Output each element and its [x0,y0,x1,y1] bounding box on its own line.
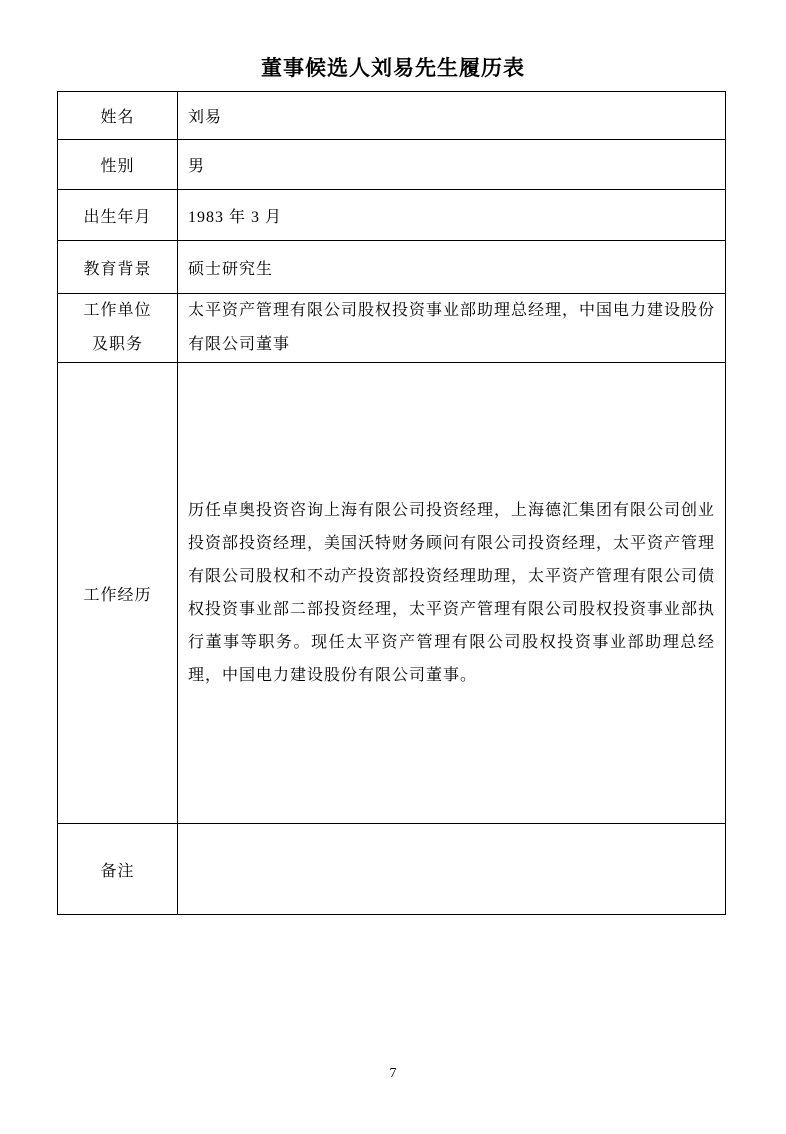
position-value: 太平资产管理有限公司股权投资事业部助理总经理，中国电力建设股份有限公司董事 [178,294,725,362]
experience-value-text: 历任卓奥投资咨询上海有限公司投资经理，上海德汇集团有限公司创业投资部投资经理，美… [188,494,715,692]
birthdate-value: 1983 年 3 月 [178,190,725,240]
education-value: 硕士研究生 [178,241,725,293]
gender-label: 性别 [58,140,178,189]
position-label-line2: 及职务 [92,328,143,362]
birthdate-label: 出生年月 [58,190,178,240]
remarks-label: 备注 [58,824,178,914]
table-row-experience: 工作经历 历任卓奥投资咨询上海有限公司投资经理，上海德汇集团有限公司创业投资部投… [58,363,725,824]
name-label: 姓名 [58,92,178,139]
table-row-position: 工作单位 及职务 太平资产管理有限公司股权投资事业部助理总经理，中国电力建设股份… [58,294,725,363]
position-label: 工作单位 及职务 [58,294,178,362]
name-value: 刘易 [178,92,725,139]
position-label-line1: 工作单位 [83,294,151,328]
table-row-education: 教育背景 硕士研究生 [58,241,725,294]
document-page: 董事候选人刘易先生履历表 姓名 刘易 性别 男 出生年月 1983 年 3 月 … [0,0,786,1134]
remarks-value [178,824,725,914]
page-title: 董事候选人刘易先生履历表 [0,52,786,82]
resume-table: 姓名 刘易 性别 男 出生年月 1983 年 3 月 教育背景 硕士研究生 工作… [57,91,726,915]
gender-value: 男 [178,140,725,189]
position-value-text: 太平资产管理有限公司股权投资事业部助理总经理，中国电力建设股份有限公司董事 [188,294,715,362]
table-row-remarks: 备注 [58,824,725,914]
education-label: 教育背景 [58,241,178,293]
page-number: 7 [0,1066,786,1082]
table-row-birthdate: 出生年月 1983 年 3 月 [58,190,725,241]
experience-value: 历任卓奥投资咨询上海有限公司投资经理，上海德汇集团有限公司创业投资部投资经理，美… [178,363,725,823]
table-row-name: 姓名 刘易 [58,92,725,140]
table-row-gender: 性别 男 [58,140,725,190]
experience-label: 工作经历 [58,363,178,823]
